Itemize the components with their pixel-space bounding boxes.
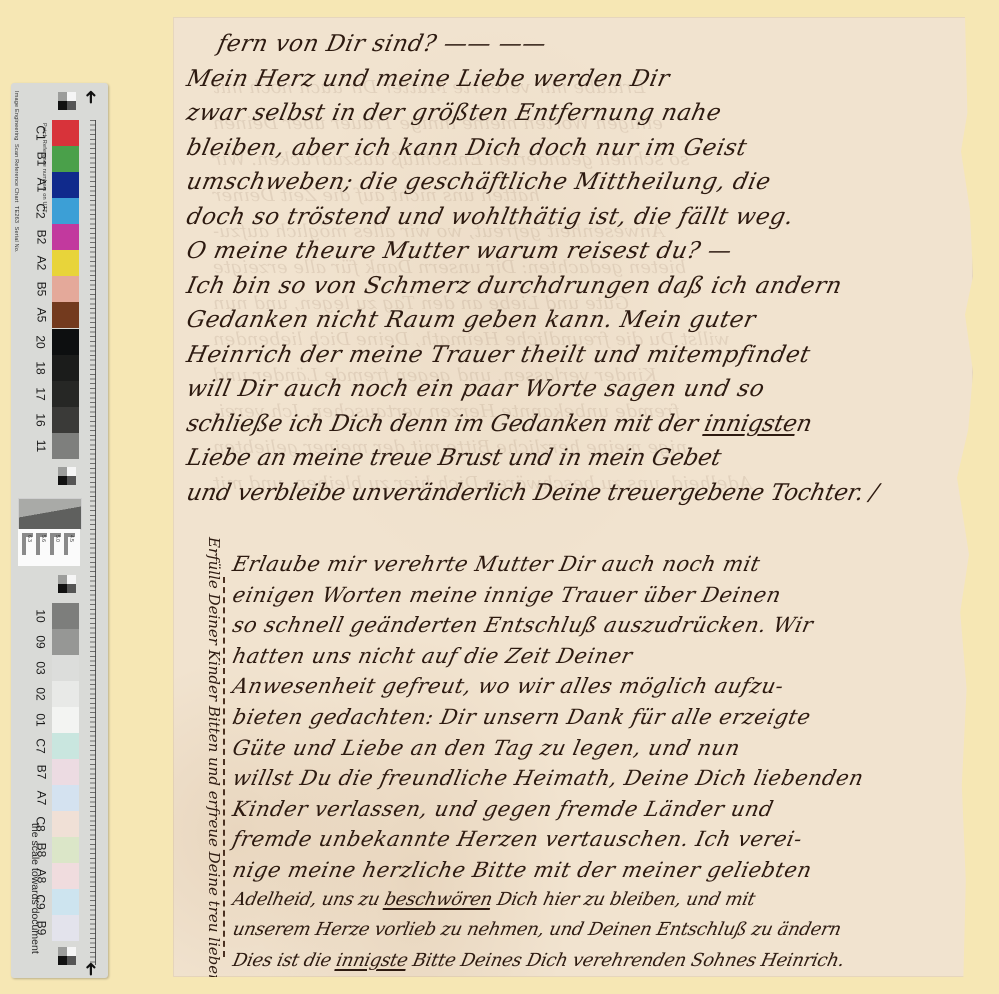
patch-label: B5 <box>33 276 49 302</box>
patch-label: C1 <box>33 120 49 146</box>
letter-page: Erlaube mir verehrte Mutter Dir auch noc… <box>173 17 973 977</box>
letter-line: einigen Worten meine innige Trauer über … <box>230 583 783 607</box>
color-patch-c2 <box>52 198 79 224</box>
checker-target <box>58 92 76 110</box>
color-patch-02 <box>52 681 79 707</box>
patch-label: 09 <box>33 629 49 655</box>
patch-label: 03 <box>33 655 49 681</box>
margin-note: Erfülle Deiner Kinder Bitten und erfreue… <box>184 537 224 977</box>
patch-label: B9 <box>33 915 49 941</box>
chart-maker-label: Image Engineering Scan Reference Chart T… <box>13 91 19 253</box>
color-patch-11 <box>52 433 79 459</box>
letter-line: zwar selbst in der größten Entfernung na… <box>184 100 724 126</box>
color-patch-c9 <box>52 889 79 915</box>
patch-label: A1 <box>33 172 49 198</box>
letter-line: schließe ich Dich denn im Gedanken mit d… <box>184 411 814 437</box>
patch-label: C8 <box>33 811 49 837</box>
color-patch-b9 <box>52 915 79 941</box>
checker-target <box>58 575 76 593</box>
patch-label: B7 <box>33 759 49 785</box>
patch-label: 20 <box>33 329 49 355</box>
letter-line: Kinder verlassen, und gegen fremde Lände… <box>230 797 775 821</box>
letter-line: Dies ist die innigste Bitte Deines Dich … <box>231 950 846 971</box>
letter-line: nige meine herzliche Bitte mit der meine… <box>230 858 814 882</box>
color-patch-10 <box>52 603 79 629</box>
color-patch-a5 <box>52 302 79 328</box>
color-patch-b8 <box>52 837 79 863</box>
color-patch-b2 <box>52 224 79 250</box>
patch-label: 10 <box>33 603 49 629</box>
patch-label: 11 <box>33 433 49 459</box>
patch-label: B8 <box>33 837 49 863</box>
color-patch-01 <box>52 707 79 733</box>
color-patch-a8 <box>52 863 79 889</box>
patch-label: A2 <box>33 250 49 276</box>
letter-line: und verbleibe unveränderlich Deine treue… <box>184 480 880 506</box>
letter-line: Ich bin so von Schmerz durchdrungen daß … <box>184 273 844 299</box>
color-patch-18 <box>52 355 79 381</box>
patch-label: C7 <box>33 733 49 759</box>
letter-line: fremde unbekannte Herzen vertauschen. Ic… <box>230 827 804 851</box>
color-patch-b7 <box>52 759 79 785</box>
color-patch-16 <box>52 407 79 433</box>
color-patch-b1 <box>52 146 79 172</box>
letter-line: Gedanken nicht Raum geben kann. Mein gut… <box>184 307 758 333</box>
letter-line: Anwesenheit gefreut, wo wir alles möglic… <box>230 674 786 698</box>
color-patch-09 <box>52 629 79 655</box>
letter-line: O meine theure Mutter warum reisest du? … <box>184 238 734 264</box>
letter-line: bleiben, aber ich kann Dich doch nur im … <box>184 135 749 161</box>
patch-label: 18 <box>33 355 49 381</box>
patch-label: C9 <box>33 889 49 915</box>
color-patch-c8 <box>52 811 79 837</box>
patch-label: A5 <box>33 302 49 328</box>
letter-line: bieten gedachten: Dir unsern Dank für al… <box>230 705 813 729</box>
checker-target <box>58 947 76 965</box>
patch-label: 01 <box>33 707 49 733</box>
color-patch-b5 <box>52 276 79 302</box>
margin-bracket <box>223 577 231 957</box>
patch-label: 02 <box>33 681 49 707</box>
color-patch-c1 <box>52 120 79 146</box>
letter-line: Mein Herz und meine Liebe werden Dir <box>184 66 672 92</box>
letter-line: umschweben; die geschäftliche Mittheilun… <box>184 169 773 195</box>
letter-line: doch so tröstend und wohlthätig ist, die… <box>184 204 796 230</box>
letter-line: Heinrich der meine Trauer theilt und mit… <box>184 342 813 368</box>
color-patch-20 <box>52 329 79 355</box>
grey-wedge <box>18 498 82 530</box>
letter-line: unserem Herze vorlieb zu nehmen, und Dei… <box>231 919 843 940</box>
letter-line: Adelheid, uns zu beschwören Dich hier zu… <box>231 889 757 910</box>
letter-line: willst Du die freundliche Heimath, Deine… <box>230 766 865 790</box>
patch-label: B1 <box>33 146 49 172</box>
color-patch-c7 <box>52 733 79 759</box>
checker-target <box>58 467 76 485</box>
color-patch-a2 <box>52 250 79 276</box>
letter-line: Güte und Liebe an den Tag zu legen, und … <box>230 736 742 760</box>
letter-line: will Dir auch noch ein paar Worte sagen … <box>184 376 767 402</box>
color-patch-03 <box>52 655 79 681</box>
patch-label: 17 <box>33 381 49 407</box>
patch-label: 16 <box>33 407 49 433</box>
color-patch-17 <box>52 381 79 407</box>
patch-label: A8 <box>33 863 49 889</box>
resolution-target: 6.3 5.6 5.0 4.5 <box>18 529 80 566</box>
mm-ruler <box>82 120 96 965</box>
patch-label: A7 <box>33 785 49 811</box>
letter-line: Liebe an meine treue Brust und in mein G… <box>184 445 723 471</box>
arrow-right-icon: ➜ <box>83 89 101 104</box>
letter-line: so schnell geänderten Entschluß auszudrü… <box>230 613 815 637</box>
letter-line: Erlaube mir verehrte Mutter Dir auch noc… <box>230 552 762 576</box>
letter-line: fern von Dir sind? —— —— <box>215 31 548 57</box>
patch-label: C2 <box>33 198 49 224</box>
color-patch-a1 <box>52 172 79 198</box>
patch-label: B2 <box>33 224 49 250</box>
color-patch-a7 <box>52 785 79 811</box>
letter-line: hatten uns nicht auf die Zeit Deiner <box>230 644 634 668</box>
